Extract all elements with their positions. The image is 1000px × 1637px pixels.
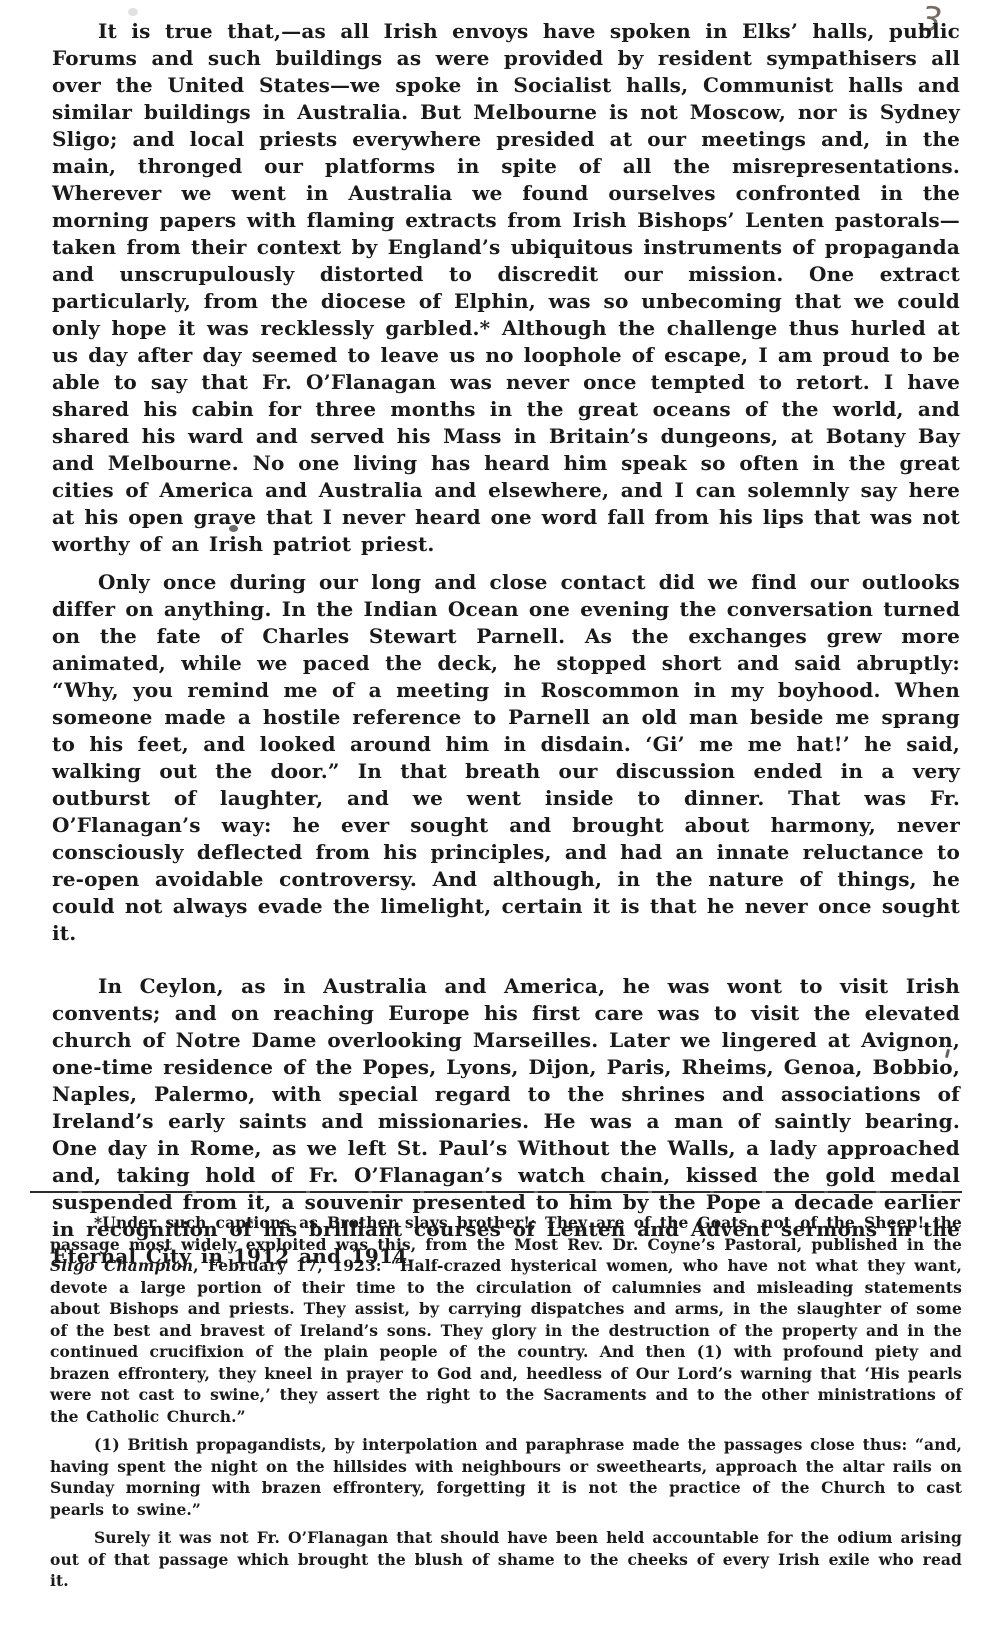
footnote-divider <box>30 1191 962 1193</box>
body-paragraph-2: Only once during our long and close cont… <box>52 569 960 947</box>
body-text-block: It is true that,—as all Irish envoys hav… <box>52 18 960 1270</box>
footnote-publication-title: Sligo Champion <box>50 1256 193 1275</box>
scan-speck <box>957 1466 960 1469</box>
ink-blot <box>229 525 238 532</box>
footnote-closing: Surely it was not Fr. O’Flanagan that sh… <box>50 1527 962 1592</box>
scan-smudge <box>128 8 138 16</box>
footnote-numbered-1: (1) British propagandists, by interpolat… <box>50 1434 962 1520</box>
footnote-asterisk-text-end: , February 17, 1923: “Half-crazed hyster… <box>50 1256 962 1426</box>
document-page: 3 It is true that,—as all Irish envoys h… <box>0 0 1000 1637</box>
footnote-asterisk: *Under such captions as Brother slays br… <box>50 1212 962 1427</box>
footnotes-block: *Under such captions as Brother slays br… <box>50 1212 962 1592</box>
body-paragraph-1: It is true that,—as all Irish envoys hav… <box>52 18 960 558</box>
footnote-asterisk-text-start: *Under such captions as Brother slays br… <box>50 1213 962 1254</box>
